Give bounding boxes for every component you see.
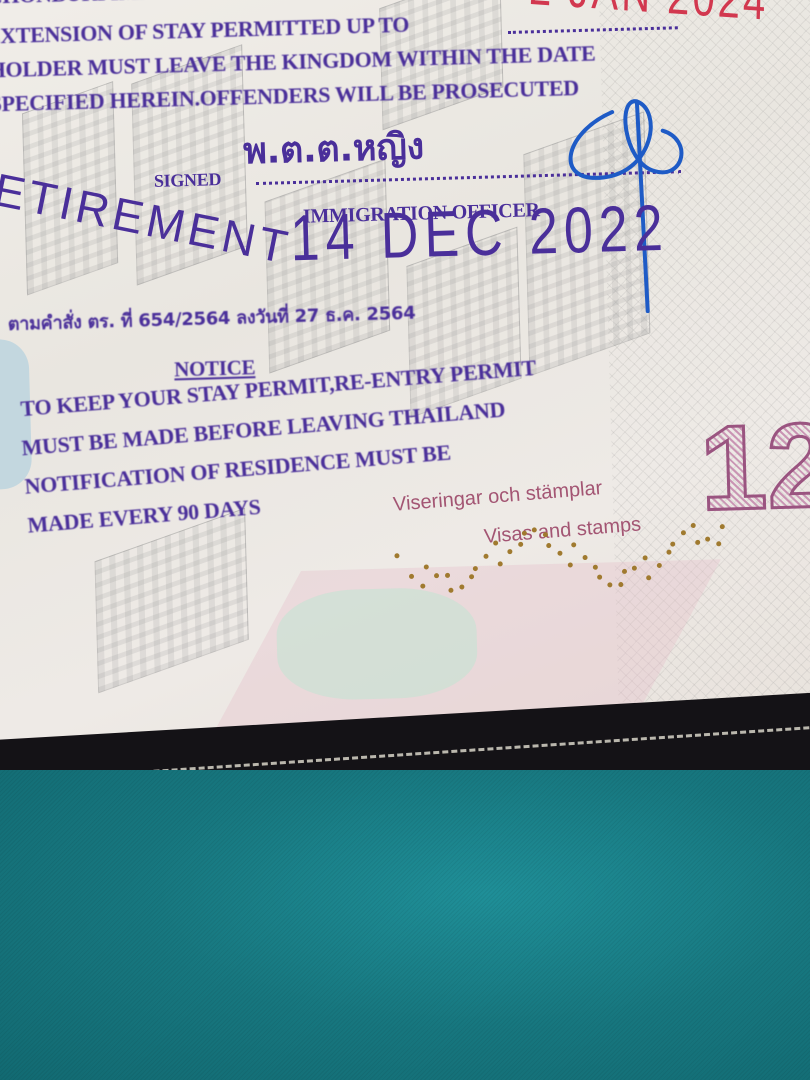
perforation-dot: [508, 549, 513, 554]
perforation-dot: [608, 582, 613, 587]
perforation-dot: [521, 530, 526, 535]
stamp-office: CHONBURI IMMIGRATION: [0, 0, 270, 10]
signed-label: SIGNED: [154, 169, 222, 192]
perforation-dot: [459, 584, 464, 589]
perforation-dot: [719, 524, 724, 529]
perforation-dot: [597, 574, 602, 579]
perforation-dot: [546, 543, 551, 548]
perforation-dot: [497, 561, 502, 566]
background-print-tree: [275, 586, 478, 702]
perforation-dot: [483, 554, 488, 559]
perforation-dot: [434, 573, 439, 578]
perforation-dot: [542, 532, 547, 537]
stamp-warning-2: SPECIFIED HEREIN.OFFENDERS WILL BE PROSE…: [0, 75, 579, 117]
passport-page: CHONBURI IMMIGRATION EXTENSION OF STAY P…: [0, 0, 810, 760]
perforation-dot: [571, 542, 576, 547]
page-heading-swedish: Viseringar och stämplar: [392, 477, 603, 517]
perforation-dot: [632, 565, 637, 570]
perforation-dot: [657, 563, 662, 568]
background-building: [94, 508, 248, 694]
perforation-dot: [557, 551, 562, 556]
issue-date: 14 DEC 2022: [290, 191, 670, 277]
perforation-dot: [680, 530, 685, 535]
perforation-dot: [621, 569, 626, 574]
perforation-dot: [409, 573, 414, 578]
perforation-dot: [394, 553, 399, 558]
perforation-dot: [695, 539, 700, 544]
perforation-dot: [582, 555, 587, 560]
perforation-dot: [473, 566, 478, 571]
page-number: 12: [698, 396, 810, 538]
perforation-dot: [646, 575, 651, 580]
teal-fabric-background: [0, 770, 810, 1080]
officer-rank-thai: พ.ต.ต.หญิง: [242, 117, 424, 179]
perforation-dot: [518, 542, 523, 547]
perforation-dot: [642, 555, 647, 560]
stamp-extension-line: EXTENSION OF STAY PERMITTED UP TO: [0, 12, 409, 50]
